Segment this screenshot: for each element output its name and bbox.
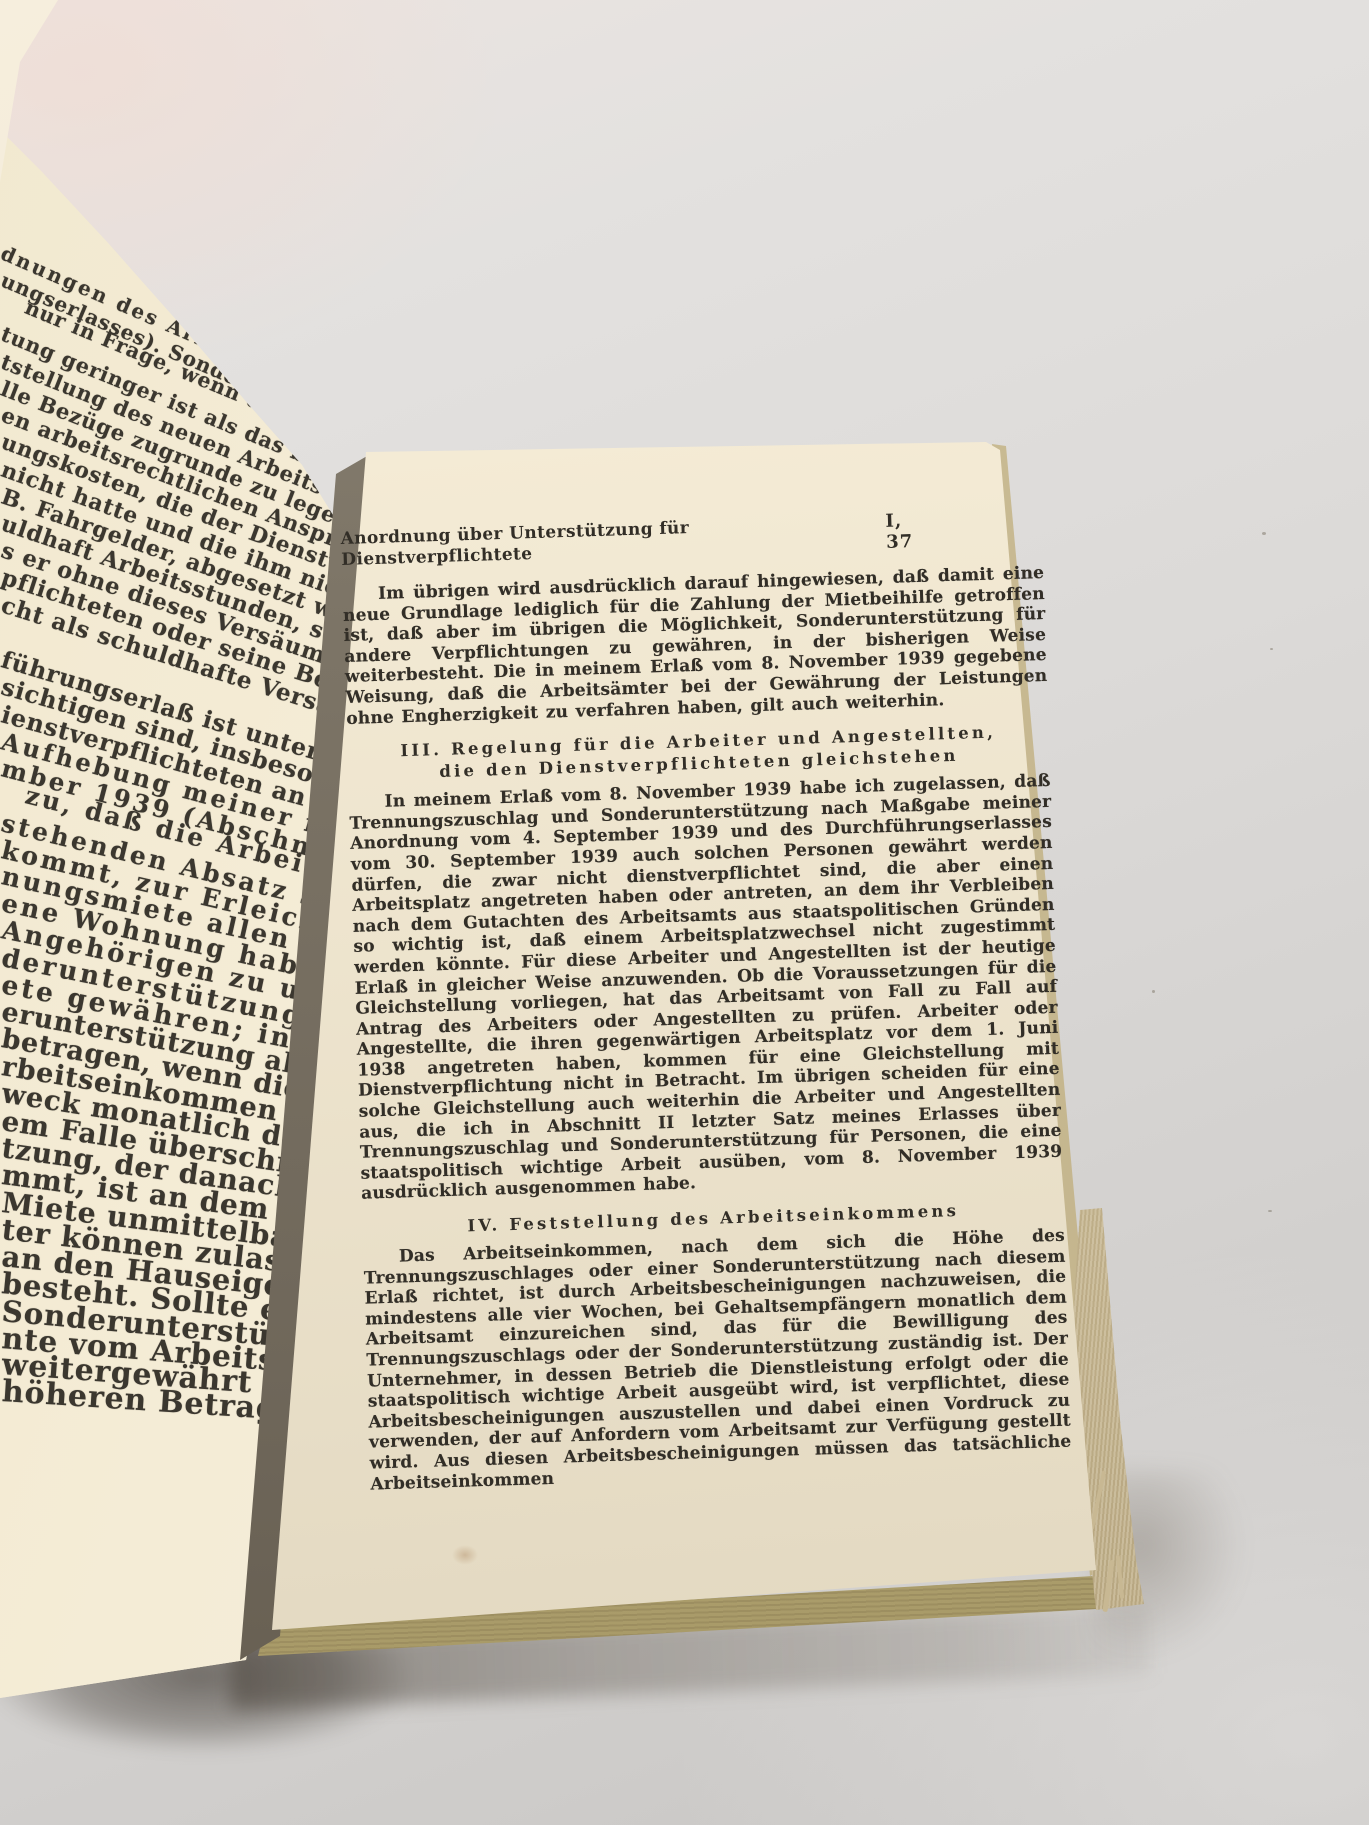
paper-stain: [452, 1545, 478, 1565]
dust-speck: [1262, 532, 1266, 535]
dust-speck: [1268, 1210, 1272, 1212]
dust-speck: [1270, 648, 1273, 650]
photo-of-open-book: dnungen des Arbeitseinsatzes seit Kriegs…: [0, 0, 1369, 1825]
section-iv-paragraph: Das Arbeitseinkommen, nach dem sich die …: [363, 1226, 1072, 1495]
intro-paragraph: Im übrigen wird ausdrücklich darauf hing…: [342, 563, 1048, 729]
page-number: I, 37: [885, 506, 1043, 553]
right-page-text: Anordnung über Unterstützung für Dienstv…: [340, 506, 1072, 1495]
dust-speck: [1152, 990, 1155, 993]
section-iii-paragraph: In meinem Erlaß vom 8. November 1939 hab…: [349, 771, 1064, 1205]
